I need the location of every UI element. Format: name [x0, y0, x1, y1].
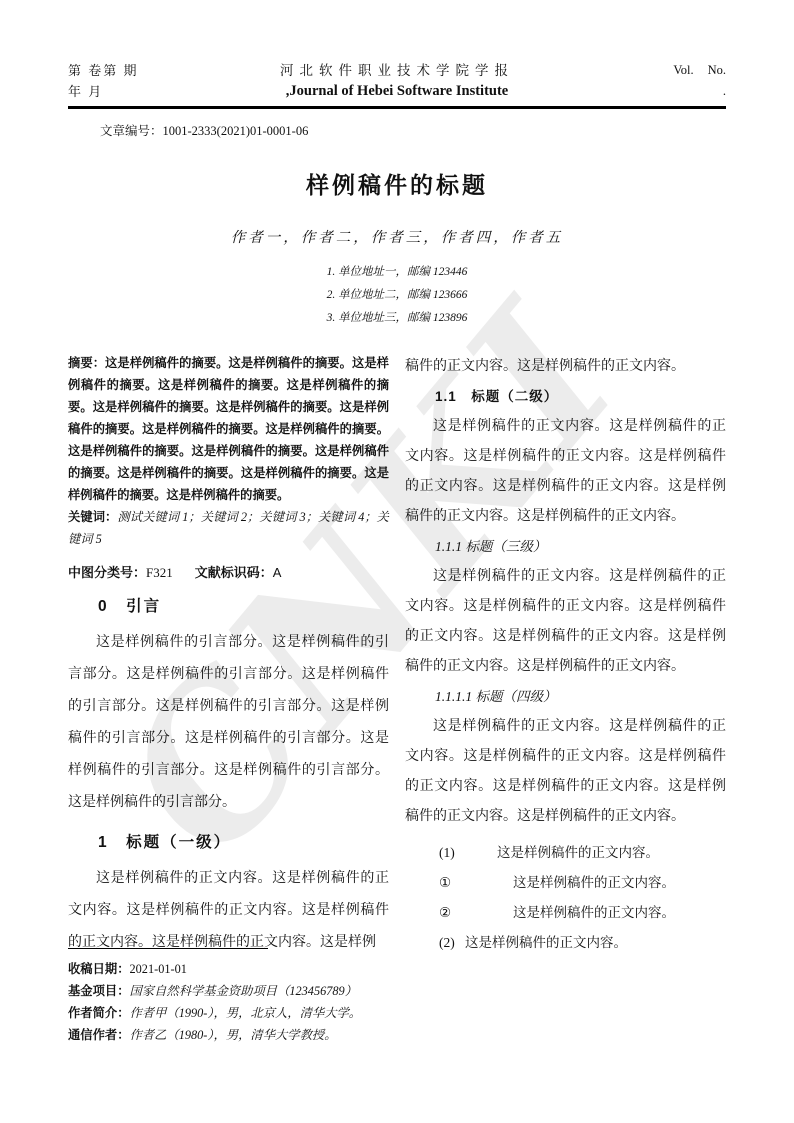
- left-column: 摘要：这是样例稿件的摘要。这是样例稿件的摘要。这是样例稿件的摘要。这是样例稿件的…: [68, 352, 389, 972]
- keywords-text: 测试关键词 1；关键词 2；关键词 3；关键词 4；关键词 5: [68, 510, 389, 546]
- corresponding-author-value: 作者乙（1980-），男，清华大学教授。: [130, 1028, 337, 1042]
- article-title: 样例稿件的标题: [0, 167, 794, 200]
- clc-label: 中图分类号：: [68, 565, 146, 580]
- fund-project-label: 基金项目：: [68, 984, 130, 998]
- footnote-block: 收稿日期：2021-01-01 基金项目：国家自然科学基金资助项目（123456…: [68, 948, 408, 1046]
- affiliation-item: 2. 单位地址二，邮编 123666: [0, 284, 794, 307]
- section1-paragraph-left: 这是样例稿件的正文内容。这是样例稿件的正文内容。这是样例稿件的正文内容。这是样例…: [68, 863, 389, 959]
- section1-paragraph-continued: 稿件的正文内容。这是样例稿件的正文内容。: [405, 352, 726, 382]
- fund-project-value: 国家自然科学基金资助项目（123456789）: [130, 984, 358, 998]
- issue-info: 第 卷第 期 年 月: [68, 60, 188, 102]
- heading-level3: 1.1.1 标题（三级）: [405, 533, 726, 561]
- keywords: 关键词：测试关键词 1；关键词 2；关键词 3；关键词 4；关键词 5: [68, 506, 389, 550]
- list-text: 这是样例稿件的正文内容。: [497, 845, 659, 860]
- section1111-paragraph: 这是样例稿件的正文内容。这是样例稿件的正文内容。这是样例稿件的正文内容。这是样例…: [405, 712, 726, 832]
- corresponding-author-label: 通信作者：: [68, 1028, 130, 1042]
- affiliation-item: 3. 单位地址三，邮编 123896: [0, 307, 794, 330]
- journal-header: 第 卷第 期 年 月 河北软件职业技术学院学报 ,Journal of Hebe…: [0, 0, 794, 109]
- journal-name-cn: 河北软件职业技术学院学报: [188, 60, 606, 81]
- two-column-body: 摘要：这是样例稿件的摘要。这是样例稿件的摘要。这是样例稿件的摘要。这是样例稿件的…: [68, 352, 726, 972]
- received-date-row: 收稿日期：2021-01-01: [68, 958, 408, 980]
- clc-value: F321: [146, 565, 173, 580]
- journal-name: 河北软件职业技术学院学报 ,Journal of Hebei Software …: [188, 60, 606, 102]
- volume-info: Vol.No. .: [606, 60, 726, 102]
- abstract-label: 摘要：: [68, 356, 105, 370]
- issue-line2: 年 月: [68, 81, 188, 102]
- abstract-text: 这是样例稿件的摘要。这是样例稿件的摘要。这是样例稿件的摘要。这是样例稿件的摘要。…: [68, 356, 389, 502]
- journal-page: CNKI 第 卷第 期 年 月 河北软件职业技术学院学报 ,Journal of…: [0, 0, 794, 1123]
- article-number: 文章编号：1001-2333(2021)01-0001-06: [100, 121, 726, 139]
- footnote-rule: [68, 948, 268, 949]
- heading-level1: 1 标题（一级）: [68, 832, 389, 854]
- article-number-value: 1001-2333(2021)01-0001-06: [163, 124, 309, 138]
- header-dot: .: [606, 81, 726, 102]
- list-marker: ②: [439, 898, 513, 928]
- list-item: (1)这是样例稿件的正文内容。: [405, 838, 726, 868]
- heading-introduction: 0 引言: [68, 596, 389, 618]
- author-bio-label: 作者简介：: [68, 1006, 130, 1020]
- article-number-label: 文章编号：: [100, 124, 163, 138]
- clc-line: 中图分类号：F321文献标识码：A: [68, 563, 389, 583]
- header-rule: [68, 106, 726, 109]
- received-date-label: 收稿日期：: [68, 962, 130, 976]
- affiliations: 1. 单位地址一，邮编 123446 2. 单位地址二，邮编 123666 3.…: [0, 261, 794, 330]
- affiliation-item: 1. 单位地址一，邮编 123446: [0, 261, 794, 284]
- list-item: (2)这是样例稿件的正文内容。: [405, 928, 726, 958]
- list-marker: ①: [439, 868, 513, 898]
- authors-line: 作者一，作者二，作者三，作者四，作者五: [0, 226, 794, 247]
- journal-name-en: ,Journal of Hebei Software Institute: [188, 81, 606, 102]
- author-bio-value: 作者甲（1990-），男，北京人，清华大学。: [130, 1006, 362, 1020]
- corresponding-author-row: 通信作者：作者乙（1980-），男，清华大学教授。: [68, 1024, 408, 1046]
- list-item: ②这是样例稿件的正文内容。: [405, 898, 726, 928]
- heading-level2: 1.1 标题（二级）: [405, 383, 726, 411]
- keywords-label: 关键词：: [68, 510, 117, 524]
- list-marker: (1): [439, 838, 497, 868]
- right-column: 稿件的正文内容。这是样例稿件的正文内容。 1.1 标题（二级） 这是样例稿件的正…: [405, 352, 726, 972]
- author-bio-row: 作者简介：作者甲（1990-），男，北京人，清华大学。: [68, 1002, 408, 1024]
- list-text: 这是样例稿件的正文内容。: [513, 875, 675, 890]
- doc-code-value: A: [273, 565, 282, 580]
- list-text: 这是样例稿件的正文内容。: [465, 935, 627, 950]
- volume-label: Vol.: [673, 63, 693, 77]
- list-text: 这是样例稿件的正文内容。: [513, 905, 675, 920]
- list-marker: (2): [439, 928, 465, 958]
- introduction-paragraph: 这是样例稿件的引言部分。这是样例稿件的引言部分。这是样例稿件的引言部分。这是样例…: [68, 627, 389, 819]
- issue-line1: 第 卷第 期: [68, 60, 188, 81]
- received-date-value: 2021-01-01: [130, 962, 187, 976]
- abstract: 摘要：这是样例稿件的摘要。这是样例稿件的摘要。这是样例稿件的摘要。这是样例稿件的…: [68, 352, 389, 506]
- section111-paragraph: 这是样例稿件的正文内容。这是样例稿件的正文内容。这是样例稿件的正文内容。这是样例…: [405, 562, 726, 682]
- numbered-list: (1)这是样例稿件的正文内容。 ①这是样例稿件的正文内容。 ②这是样例稿件的正文…: [405, 838, 726, 958]
- fund-project-row: 基金项目：国家自然科学基金资助项目（123456789）: [68, 980, 408, 1002]
- list-item: ①这是样例稿件的正文内容。: [405, 868, 726, 898]
- section11-paragraph: 这是样例稿件的正文内容。这是样例稿件的正文内容。这是样例稿件的正文内容。这是样例…: [405, 412, 726, 532]
- heading-level4: 1.1.1.1 标题（四级）: [405, 683, 726, 711]
- doc-code-label: 文献标识码：: [195, 565, 273, 580]
- number-label: No.: [708, 63, 726, 77]
